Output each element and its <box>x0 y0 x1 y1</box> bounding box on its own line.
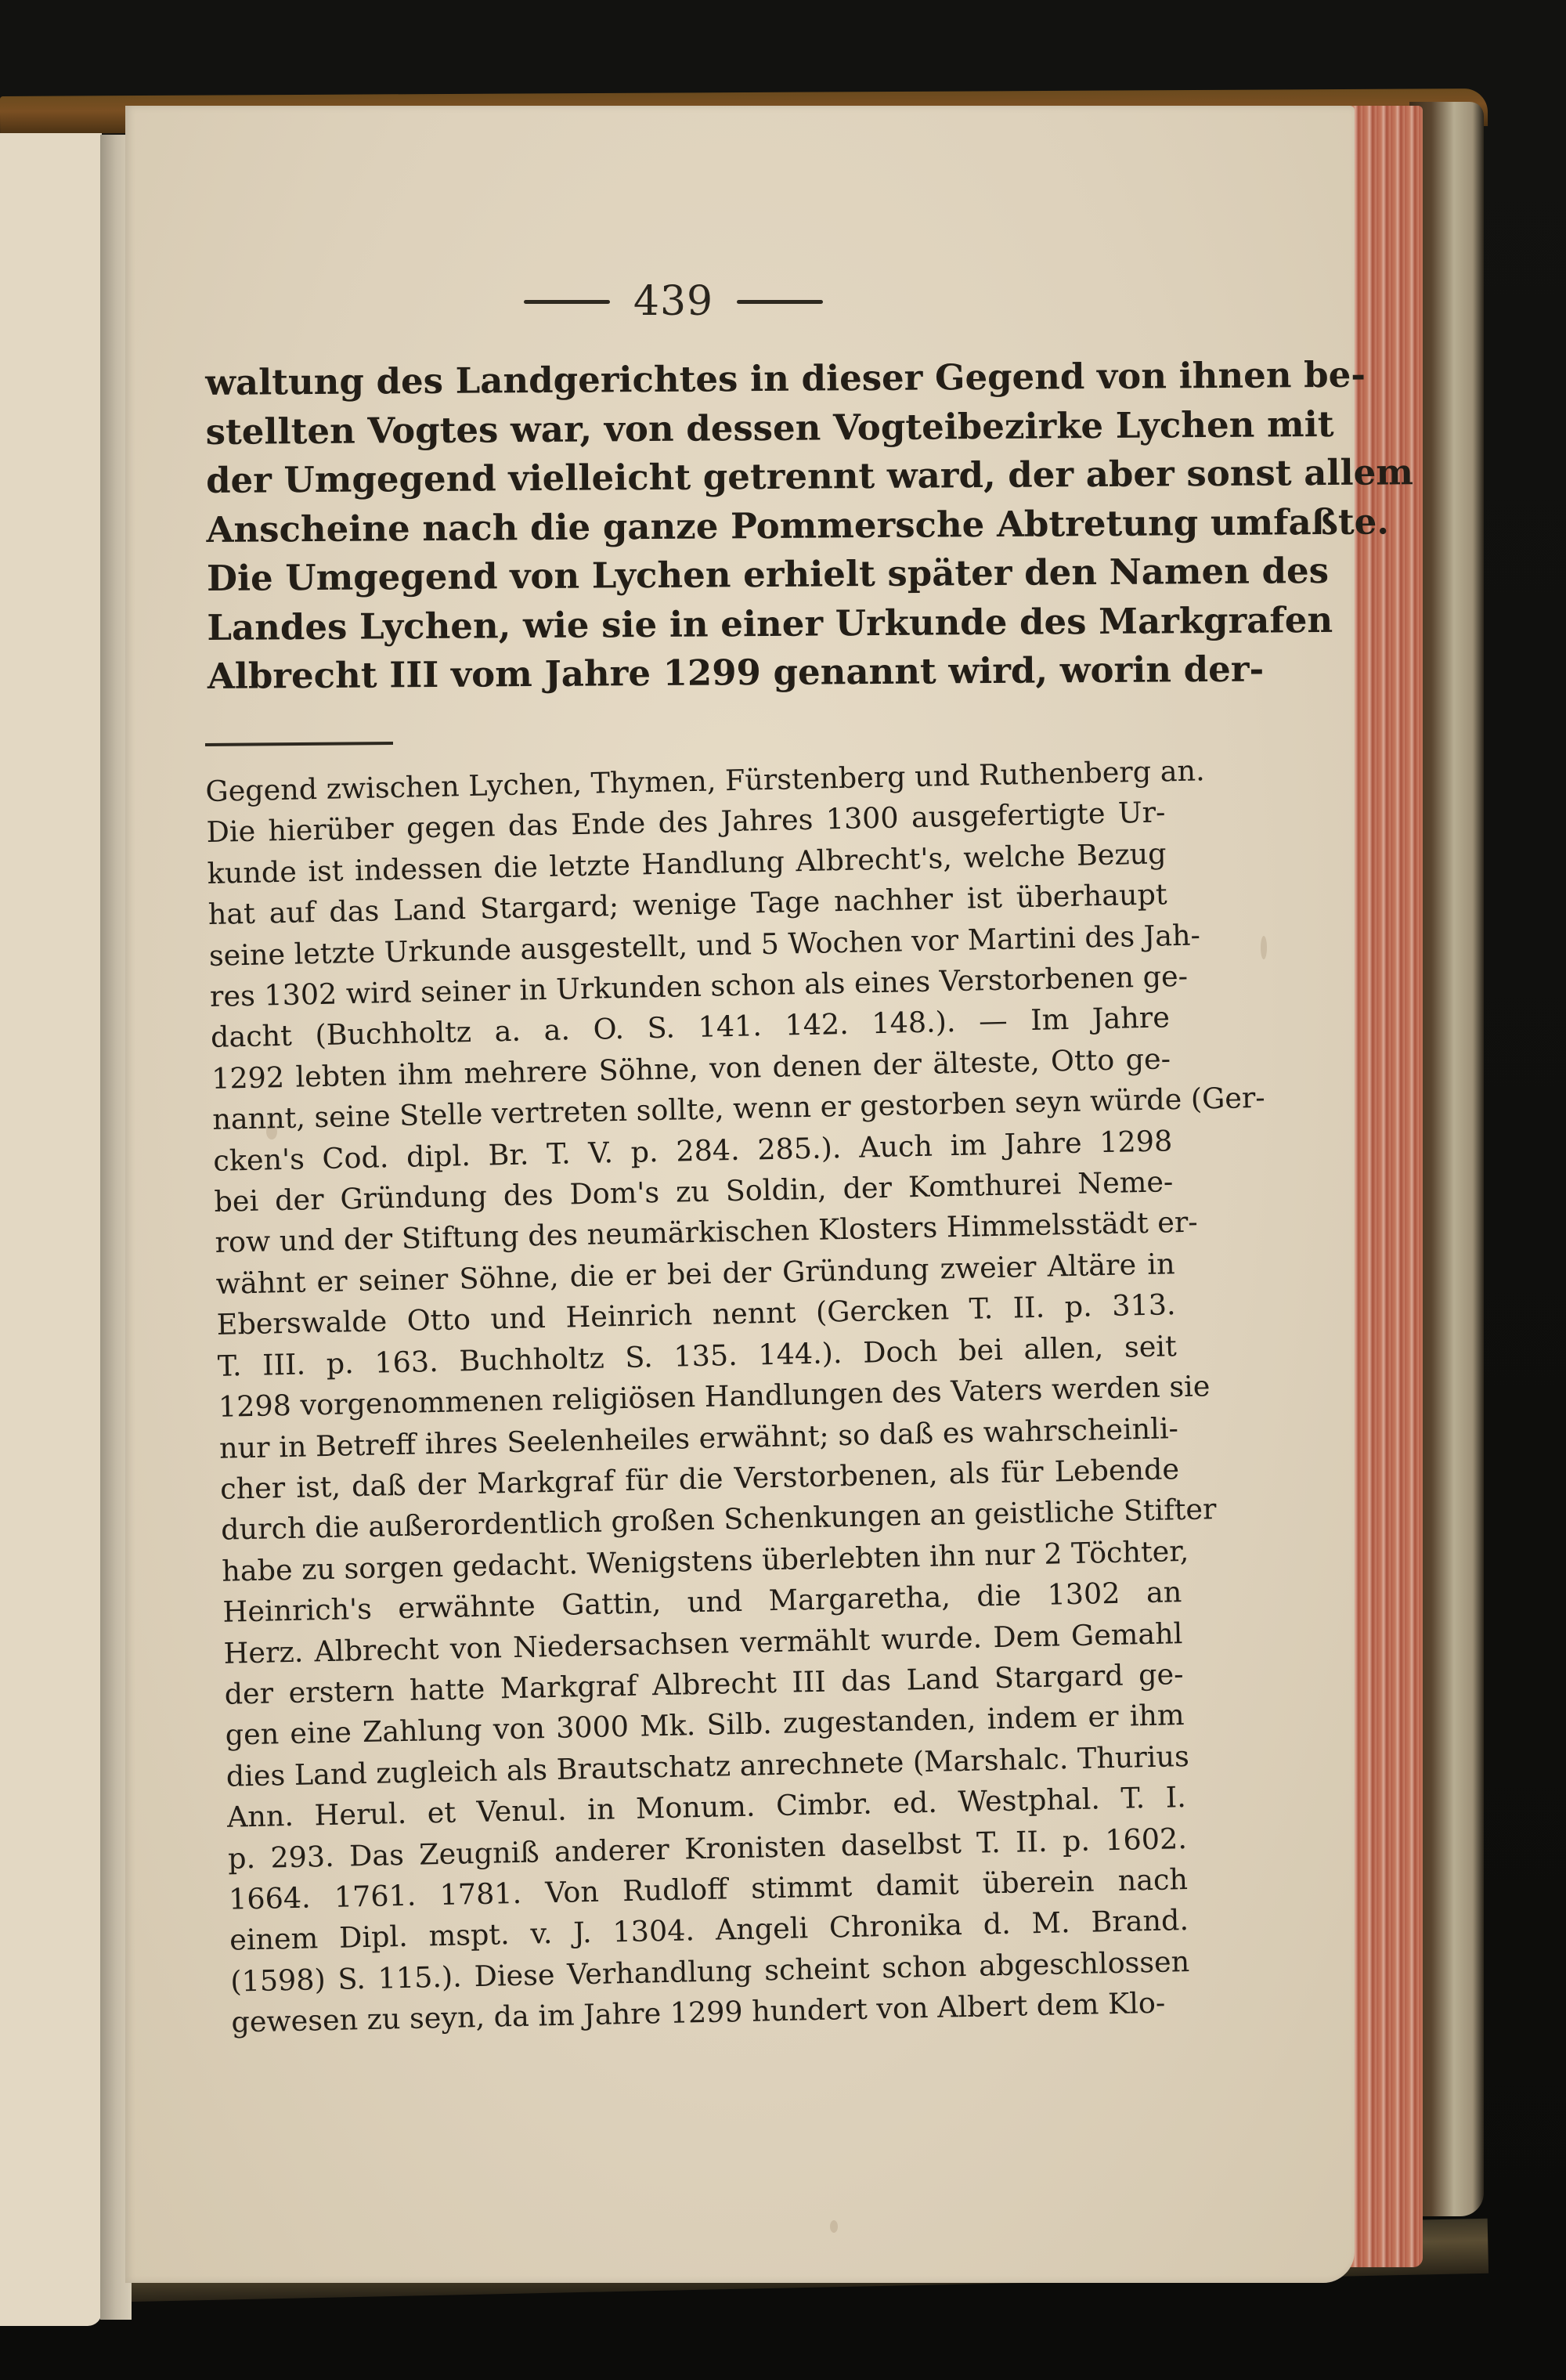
text-line: der Umgegend vielleicht getrennt ward, d… <box>206 450 1157 506</box>
header-dash-left <box>524 300 610 304</box>
page-fore-edge <box>1348 106 1423 2267</box>
text-line: Landes Lychen, wie sie in einer Urkunde … <box>207 597 1158 652</box>
text-line: Die Umgegend von Lychen erhielt später d… <box>207 548 1158 604</box>
text-line: Anscheine nach die ganze Pommersche Abtr… <box>206 499 1157 554</box>
header-dash-right <box>737 300 823 304</box>
left-page-edge <box>0 133 102 2326</box>
text-line: waltung des Landgerichtes in dieser Gege… <box>205 352 1156 408</box>
footnote-block: Gegend zwischen Lychen, Thymen, Fürstenb… <box>205 751 1191 2043</box>
paper-stain <box>830 2220 838 2233</box>
page-header: 439 <box>509 278 838 325</box>
main-text-block: waltung des Landgerichtes in dieser Gege… <box>205 352 1159 702</box>
text-line: Albrecht III vom Jahre 1299 genannt wird… <box>207 646 1159 702</box>
paper-stain <box>1261 936 1267 959</box>
page-number: 439 <box>633 278 713 325</box>
text-line: stellten Vogtes war, von dessen Vogteibe… <box>205 401 1156 457</box>
